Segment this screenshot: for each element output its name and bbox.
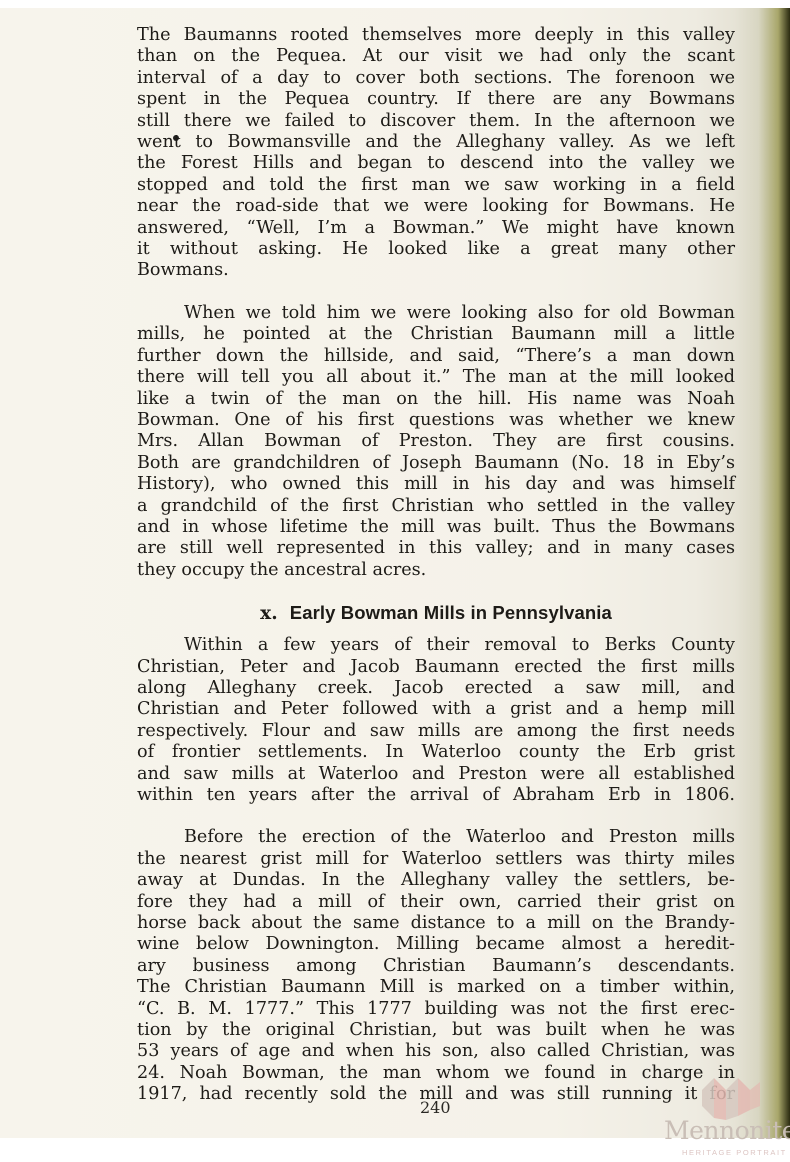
text-line: The Baumanns rooted themselves more deep… — [137, 25, 735, 46]
text-line: went to Bowmansville and the Alleghany v… — [137, 132, 735, 153]
section-title: Early Bowman Mills in Pennsylvania — [290, 602, 612, 623]
text-line: they occupy the ancestral acres. — [137, 560, 735, 581]
page-number: 240 — [420, 1098, 451, 1117]
text-line: of frontier settlements. In Waterloo cou… — [137, 742, 735, 763]
text-line: 24. Noah Bowman, the man whom we found i… — [137, 1063, 735, 1084]
text-line: horse back about the same distance to a … — [137, 913, 735, 934]
text-line: spent in the Pequea country. If there ar… — [137, 89, 735, 110]
page-text: The Baumanns rooted themselves more deep… — [137, 25, 735, 1106]
text-line: ary business among Christian Baumann’s d… — [137, 956, 735, 977]
paragraph-gap — [137, 581, 735, 602]
paragraph-gap — [137, 806, 735, 827]
text-line: Before the erection of the Waterloo and … — [137, 827, 735, 848]
text-line: answered, “Well, I’m a Bowman.” We might… — [137, 218, 735, 239]
text-line: are still well represented in this valle… — [137, 538, 735, 559]
mennonite-heritage-watermark: Mennonite HERITAGE PORTRAIT — [664, 1068, 790, 1162]
text-line: History), who owned this mill in his day… — [137, 474, 735, 495]
text-line: 53 years of age and when his son, also c… — [137, 1041, 735, 1062]
text-line: within ten years after the arrival of Ab… — [137, 785, 735, 806]
text-line: and in whose lifetime the mill was built… — [137, 517, 735, 538]
text-line: Christian and Peter followed with a gris… — [137, 699, 735, 720]
text-line: stopped and told the first man we saw wo… — [137, 175, 735, 196]
text-line: The Christian Baumann Mill is marked on … — [137, 977, 735, 998]
text-line: the Forest Hills and began to descend in… — [137, 153, 735, 174]
text-line: respectively. Flour and saw mills are am… — [137, 721, 735, 742]
text-line: When we told him we were looking also fo… — [137, 303, 735, 324]
text-line: and saw mills at Waterloo and Preston we… — [137, 764, 735, 785]
paragraph-1: The Baumanns rooted themselves more deep… — [137, 25, 735, 282]
text-line: still there we failed to discover them. … — [137, 111, 735, 132]
text-line: mills, he pointed at the Christian Bauma… — [137, 324, 735, 345]
text-line: there will tell you all about it.” The m… — [137, 367, 735, 388]
text-line: fore they had a mill of their own, carri… — [137, 892, 735, 913]
text-line: the nearest grist mill for Waterloo sett… — [137, 849, 735, 870]
heading-gap — [137, 625, 735, 635]
book-page: The Baumanns rooted themselves more deep… — [0, 8, 790, 1138]
text-line: it without asking. He looked like a grea… — [137, 239, 735, 260]
text-line: Bowmans. — [137, 260, 735, 281]
watermark-name: Mennonite — [664, 1116, 790, 1145]
watermark-subtitle: HERITAGE PORTRAIT — [682, 1148, 787, 1157]
text-line: tion by the original Christian, but was … — [137, 1020, 735, 1041]
text-line: Both are grandchildren of Joseph Baumann… — [137, 453, 735, 474]
paragraph-3: Within a few years of their removal to B… — [137, 635, 735, 806]
paragraph-2: When we told him we were looking also fo… — [137, 303, 735, 581]
text-line: near the road-side that we were looking … — [137, 196, 735, 217]
text-line: Mrs. Allan Bowman of Preston. They are f… — [137, 431, 735, 452]
text-line: further down the hillside, and said, “Th… — [137, 346, 735, 367]
paragraph-gap — [137, 282, 735, 303]
text-line: a grandchild of the first Christian who … — [137, 496, 735, 517]
text-line: interval of a day to cover both sections… — [137, 68, 735, 89]
text-line: Christian, Peter and Jacob Baumann erect… — [137, 657, 735, 678]
text-line: Bowman. One of his first questions was w… — [137, 410, 735, 431]
paragraph-4: Before the erection of the Waterloo and … — [137, 827, 735, 1105]
text-line: wine below Downington. Milling became al… — [137, 934, 735, 955]
text-line: than on the Pequea. At our visit we had … — [137, 46, 735, 67]
text-line: like a twin of the man on the hill. His … — [137, 389, 735, 410]
section-heading: x.Early Bowman Mills in Pennsylvania — [137, 602, 735, 625]
text-line: Within a few years of their removal to B… — [137, 635, 735, 656]
section-number: x. — [260, 603, 278, 624]
text-line: “C. B. M. 1777.” This 1777 building was … — [137, 999, 735, 1020]
text-line: along Alleghany creek. Jacob erected a s… — [137, 678, 735, 699]
text-line: away at Dundas. In the Alleghany valley … — [137, 870, 735, 891]
